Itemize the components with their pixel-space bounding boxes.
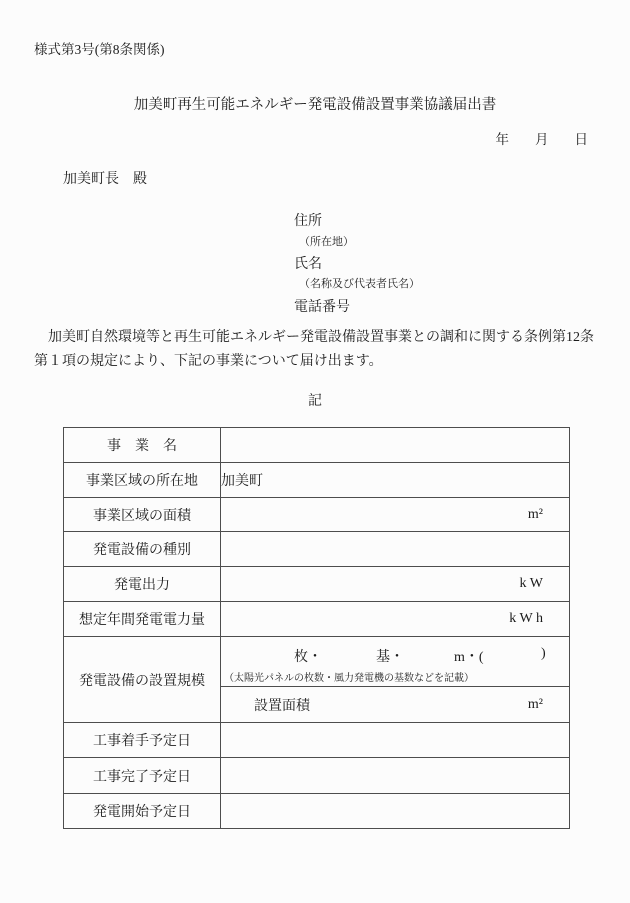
body-paragraph: 加美町自然環境等と再生可能エネルギー発電設備設置事業との調和に関する条例第12条… [34, 326, 599, 374]
row-label-cell: 事業区域の所在地 [64, 463, 221, 498]
table-row-installation-scale: 発電設備の設置規模 枚・ 基・ m・( ) （太陽光パネルの枚数・風力発電機の基… [64, 637, 570, 687]
table-row-area: 事業区域の面積 m² [64, 498, 570, 532]
year-label: 年 [496, 128, 510, 148]
row-label-cell: 発電出力 [64, 567, 221, 602]
table-row-construction-end: 工事完了予定日 [64, 758, 570, 794]
row-label-cell: 工事完了予定日 [64, 758, 221, 794]
document-page: 様式第3号(第8条関係) 加美町再生可能エネルギー発電設備設置事業協議届出書 年… [0, 0, 630, 903]
table-row-location: 事業区域の所在地 加美町 [64, 463, 570, 498]
date-line: 年 月 日 [496, 128, 589, 148]
row-unit-cell: m² [221, 498, 570, 532]
scale-units-cell: 枚・ 基・ m・( ) （太陽光パネルの枚数・風力発電機の基数などを記載） [221, 637, 570, 687]
row-value-cell [221, 428, 570, 463]
row-value-cell [221, 794, 570, 829]
applicant-address-label: 住所 [294, 210, 322, 230]
day-label: 日 [575, 128, 589, 148]
row-unit-cell: k W h [221, 602, 570, 637]
form-title: 加美町再生可能エネルギー発電設備設置事業協議届出書 [0, 93, 630, 114]
scale-unit-bases: 基・ [376, 646, 404, 666]
row-label-cell: 発電開始予定日 [64, 794, 221, 829]
table-row-construction-start: 工事着手予定日 [64, 723, 570, 758]
row-value-cell [221, 532, 570, 567]
table-row-equipment-type: 発電設備の種別 [64, 532, 570, 567]
installation-area-label: 設置面積 [221, 695, 310, 715]
form-number: 様式第3号(第8条関係) [34, 38, 165, 58]
application-table: 事 業 名 事業区域の所在地 加美町 事業区域の面積 m² 発電設備の種別 発電… [63, 427, 570, 829]
table-row-output: 発電出力 k W [64, 567, 570, 602]
scale-unit-close-paren: ) [541, 646, 546, 662]
row-value-cell [221, 758, 570, 794]
row-label-cell: 事 業 名 [64, 428, 221, 463]
table-row-generation-start: 発電開始予定日 [64, 794, 570, 829]
row-label-cell: 想定年間発電電力量 [64, 602, 221, 637]
row-value-cell [221, 723, 570, 758]
row-label-cell: 工事着手予定日 [64, 723, 221, 758]
scale-unit-sheets: 枚・ [294, 646, 322, 666]
installation-area-cell: 設置面積 m² [221, 687, 570, 723]
applicant-name-label: 氏名 [294, 253, 322, 273]
scale-unit-meters: m・( [454, 646, 484, 666]
installation-area-unit: m² [528, 697, 569, 713]
applicant-address-note: （所在地） [299, 233, 354, 249]
row-value-cell: 加美町 [221, 463, 570, 498]
note-heading: 記 [0, 390, 630, 410]
table-row-project-name: 事 業 名 [64, 428, 570, 463]
addressee: 加美町長 殿 [63, 168, 147, 188]
row-label-cell: 事業区域の面積 [64, 498, 221, 532]
row-label-cell: 発電設備の種別 [64, 532, 221, 567]
table-row-annual-energy: 想定年間発電電力量 k W h [64, 602, 570, 637]
applicant-name-note: （名称及び代表者氏名） [299, 275, 420, 291]
scale-note: （太陽光パネルの枚数・風力発電機の基数などを記載） [224, 669, 474, 684]
applicant-phone-label: 電話番号 [294, 296, 350, 316]
month-label: 月 [535, 128, 549, 148]
row-unit-cell: k W [221, 567, 570, 602]
row-label-cell: 発電設備の設置規模 [64, 637, 221, 723]
